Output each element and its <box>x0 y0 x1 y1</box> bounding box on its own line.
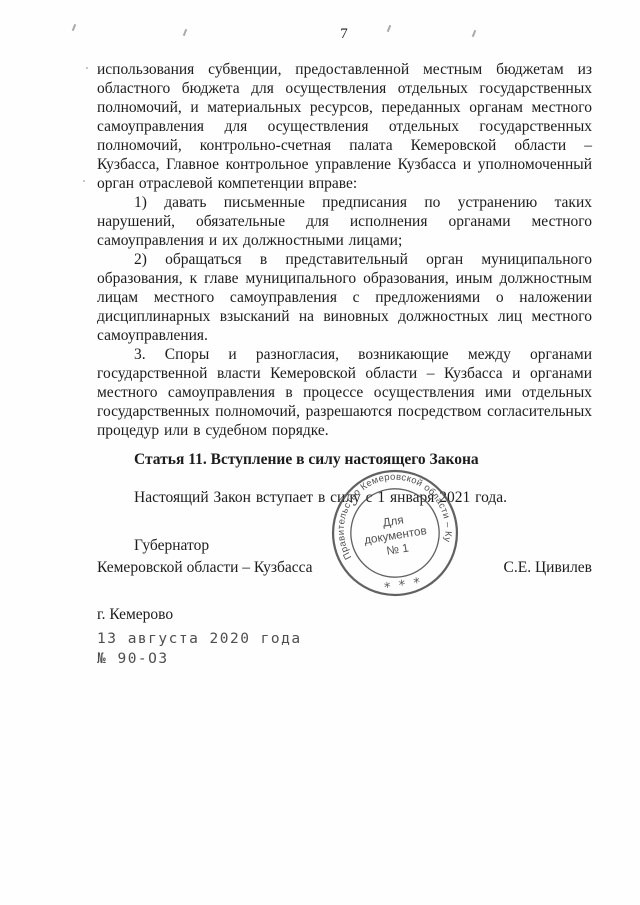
signature-name: С.Е. Цивилев <box>504 557 592 579</box>
signature-title: Губернатор Кемеровской области – Кузбасс… <box>97 535 313 579</box>
body-paragraph: использования субвенции, предоставленной… <box>97 60 592 193</box>
document-number: № 90-ОЗ <box>97 649 592 669</box>
official-stamp: Правительство Кемеровской области – Кузб… <box>329 467 461 599</box>
signature-title-line2: Кемеровской области – Кузбасса <box>97 557 313 579</box>
document-body: использования субвенции, предоставленной… <box>97 60 592 507</box>
footer-date: 13 августа 2020 года <box>97 629 592 649</box>
page-number: 7 <box>97 26 592 46</box>
stamp-stars: * * * <box>383 575 423 596</box>
signature-title-line1: Губернатор <box>97 535 313 557</box>
document-footer: г. Кемерово 13 августа 2020 года № 90-ОЗ <box>97 605 592 669</box>
scan-speck <box>86 67 88 69</box>
scan-speck <box>72 24 76 31</box>
document-page: 7 использования субвенции, предоставленн… <box>0 0 640 905</box>
footer-city: г. Кемерово <box>97 605 592 625</box>
body-paragraph: 2) обращаться в представительный орган м… <box>97 250 592 345</box>
scan-speck <box>83 180 85 182</box>
body-paragraph: 1) давать письменные предписания по устр… <box>97 193 592 250</box>
stamp-center-line3: № 1 <box>386 541 410 557</box>
body-paragraph: 3. Споры и разногласия, возникающие межд… <box>97 345 592 440</box>
